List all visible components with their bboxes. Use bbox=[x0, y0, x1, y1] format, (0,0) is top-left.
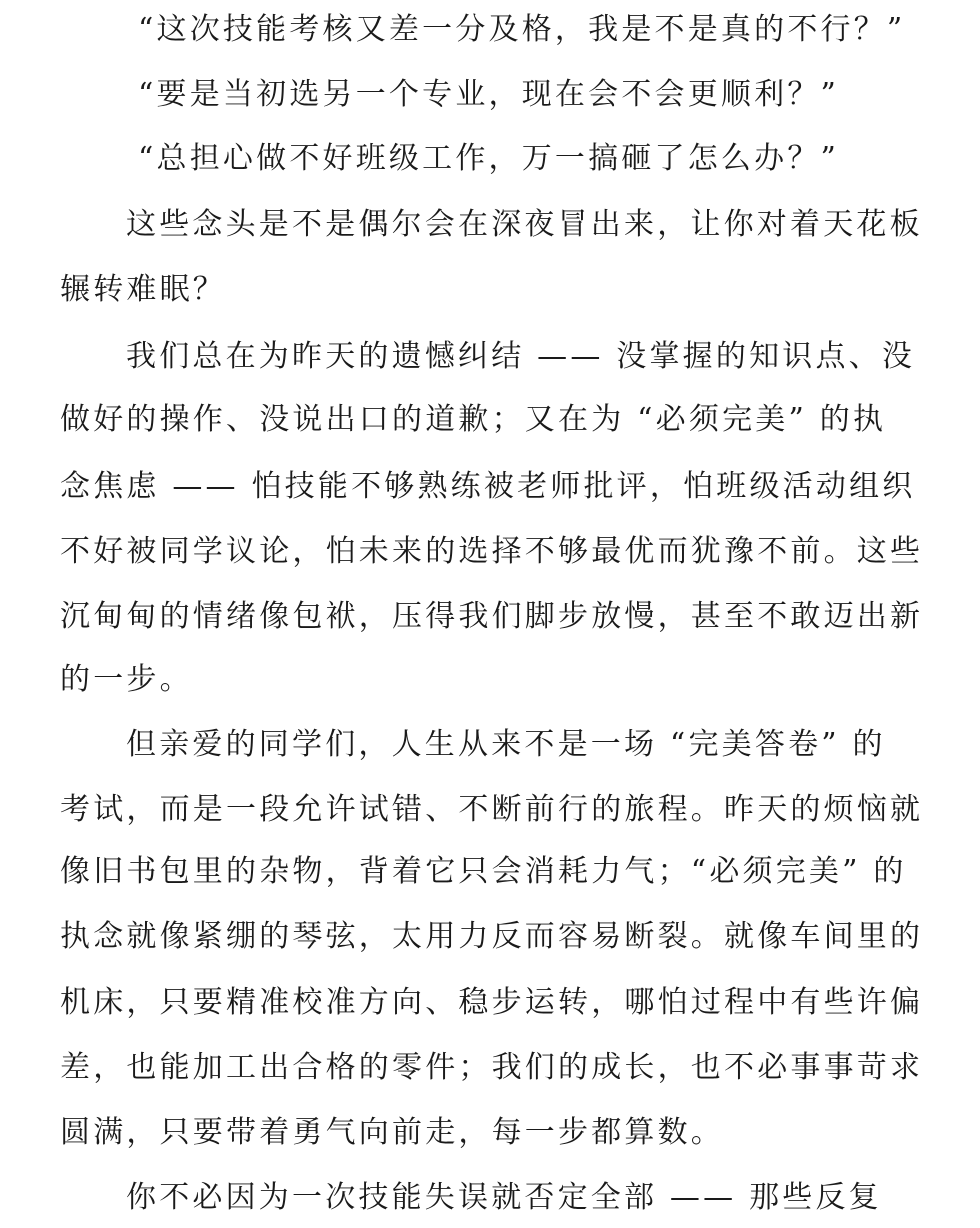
text-line: 差，也能加工出合格的零件；我们的成长，也不必事事苛求 bbox=[60, 1048, 923, 1088]
text-line: 辗转难眠？ bbox=[60, 270, 226, 310]
text-line: “这次技能考核又差一分及格，我是不是真的不行？” bbox=[138, 10, 905, 50]
text-line: 圆满，只要带着勇气向前走，每一步都算数。 bbox=[60, 1113, 724, 1153]
text-line: “总担心做不好班级工作，万一搞砸了怎么办？” bbox=[138, 139, 839, 179]
text-line: 这些念头是不是偶尔会在深夜冒出来，让你对着天花板 bbox=[126, 205, 923, 245]
text-line: 执念就像紧绷的琴弦，太用力反而容易断裂。就像车间里的 bbox=[60, 917, 923, 957]
text-line: 沉甸甸的情绪像包袱，压得我们脚步放慢，甚至不敢迈出新 bbox=[60, 597, 923, 637]
text-line: 考试，而是一段允许试错、不断前行的旅程。昨天的烦恼就 bbox=[60, 790, 923, 830]
text-line: 不好被同学议论，怕未来的选择不够最优而犹豫不前。这些 bbox=[60, 532, 923, 572]
text-line: 你不必因为一次技能失误就否定全部 —— 那些反复 bbox=[126, 1178, 882, 1218]
text-line: 但亲爱的同学们，人生从来不是一场 “完美答卷” 的 bbox=[126, 725, 886, 765]
text-line: 我们总在为昨天的遗憾纠结 —— 没掌握的知识点、没 bbox=[126, 337, 915, 377]
text-line: 做好的操作、没说出口的道歉；又在为 “必须完美” 的执 bbox=[60, 400, 886, 440]
text-line: 像旧书包里的杂物，背着它只会消耗力气；“必须完美” 的 bbox=[60, 852, 907, 892]
text-line: “要是当初选另一个专业，现在会不会更顺利？” bbox=[138, 75, 839, 115]
text-line: 机床，只要精准校准方向、稳步运转，哪怕过程中有些许偏 bbox=[60, 983, 923, 1023]
text-line: 念焦虑 —— 怕技能不够熟练被老师批评，怕班级活动组织 bbox=[60, 467, 915, 507]
text-line: 的一步。 bbox=[60, 660, 193, 700]
